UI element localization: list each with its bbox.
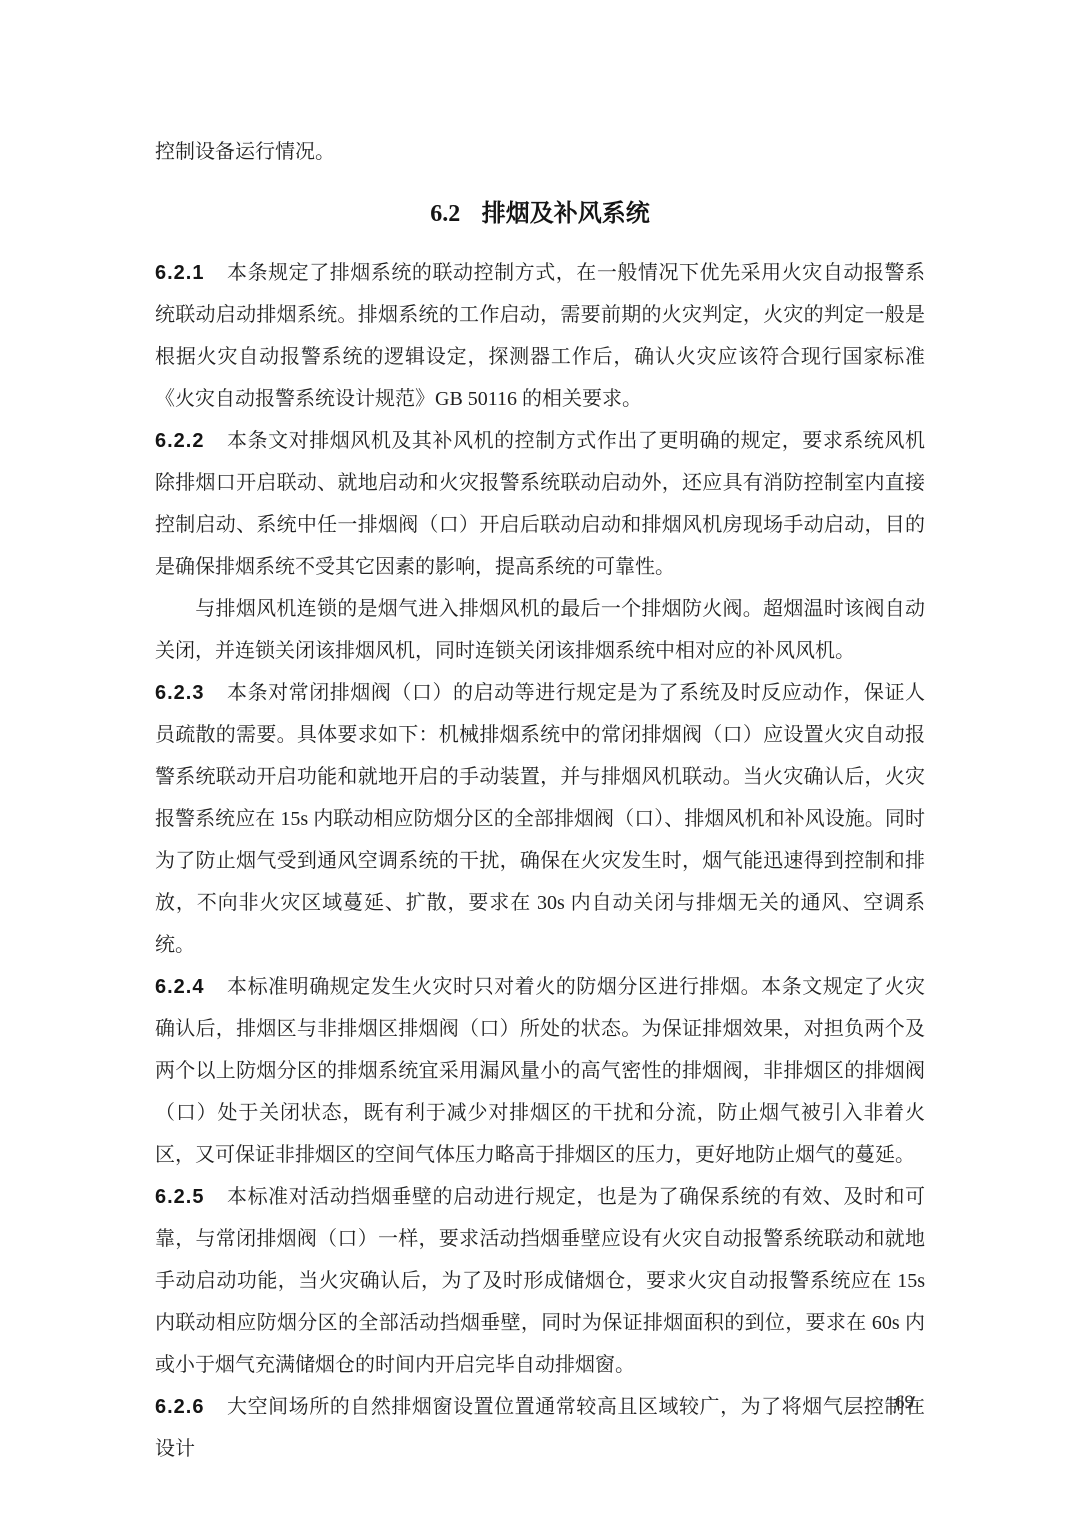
clause-number: 6.2.2 (155, 430, 204, 452)
clause-text: 本条文对排烟风机及其补风机的控制方式作出了更明确的规定，要求系统风机除排烟口开启… (155, 430, 925, 578)
clause-number: 6.2.1 (155, 262, 204, 284)
clause-paragraph-621: 6.2.1本条规定了排烟系统的联动控制方式，在一般情况下优先采用火灾自动报警系统… (155, 252, 925, 420)
clause-text: 本条对常闭排烟阀（口）的启动等进行规定是为了系统及时反应动作，保证人员疏散的需要… (155, 682, 925, 956)
clause-paragraph-624: 6.2.4本标准明确规定发生火灾时只对着火的防烟分区进行排烟。本条文规定了火灾确… (155, 966, 925, 1176)
clause-number: 6.2.3 (155, 682, 204, 704)
clause-text: 本标准明确规定发生火灾时只对着火的防烟分区进行排烟。本条文规定了火灾确认后，排烟… (155, 976, 925, 1166)
paragraph-continuation: 控制设备运行情况。 (155, 0, 925, 166)
clause-paragraph-625: 6.2.5本标准对活动挡烟垂壁的启动进行规定，也是为了确保系统的有效、及时和可靠… (155, 1176, 925, 1386)
section-heading: 6.2排烟及补风系统 (155, 198, 925, 230)
page-number: 69 (895, 1392, 914, 1414)
clause-number: 6.2.4 (155, 976, 204, 998)
clause-text: 大空间场所的自然排烟窗设置位置通常较高且区域较广，为了将烟气层控制在设计 (155, 1396, 925, 1460)
section-title: 排烟及补风系统 (482, 200, 650, 227)
clause-text: 本条规定了排烟系统的联动控制方式，在一般情况下优先采用火灾自动报警系统联动启动排… (155, 262, 925, 410)
clause-paragraph-622-note: 与排烟风机连锁的是烟气进入排烟风机的最后一个排烟防火阀。超烟温时该阀自动关闭，并… (155, 588, 925, 672)
clause-text: 本标准对活动挡烟垂壁的启动进行规定，也是为了确保系统的有效、及时和可靠，与常闭排… (155, 1186, 925, 1376)
clause-paragraph-622: 6.2.2本条文对排烟风机及其补风机的控制方式作出了更明确的规定，要求系统风机除… (155, 420, 925, 588)
document-page: 控制设备运行情况。 6.2排烟及补风系统 6.2.1本条规定了排烟系统的联动控制… (155, 0, 925, 1527)
document-body: 6.2.1本条规定了排烟系统的联动控制方式，在一般情况下优先采用火灾自动报警系统… (155, 252, 925, 1470)
clause-text: 与排烟风机连锁的是烟气进入排烟风机的最后一个排烟防火阀。超烟温时该阀自动关闭，并… (155, 598, 925, 662)
clause-paragraph-623: 6.2.3本条对常闭排烟阀（口）的启动等进行规定是为了系统及时反应动作，保证人员… (155, 672, 925, 966)
clause-number: 6.2.5 (155, 1186, 204, 1208)
section-number: 6.2 (430, 201, 460, 227)
clause-number: 6.2.6 (155, 1396, 204, 1418)
clause-paragraph-626: 6.2.6大空间场所的自然排烟窗设置位置通常较高且区域较广，为了将烟气层控制在设… (155, 1386, 925, 1470)
